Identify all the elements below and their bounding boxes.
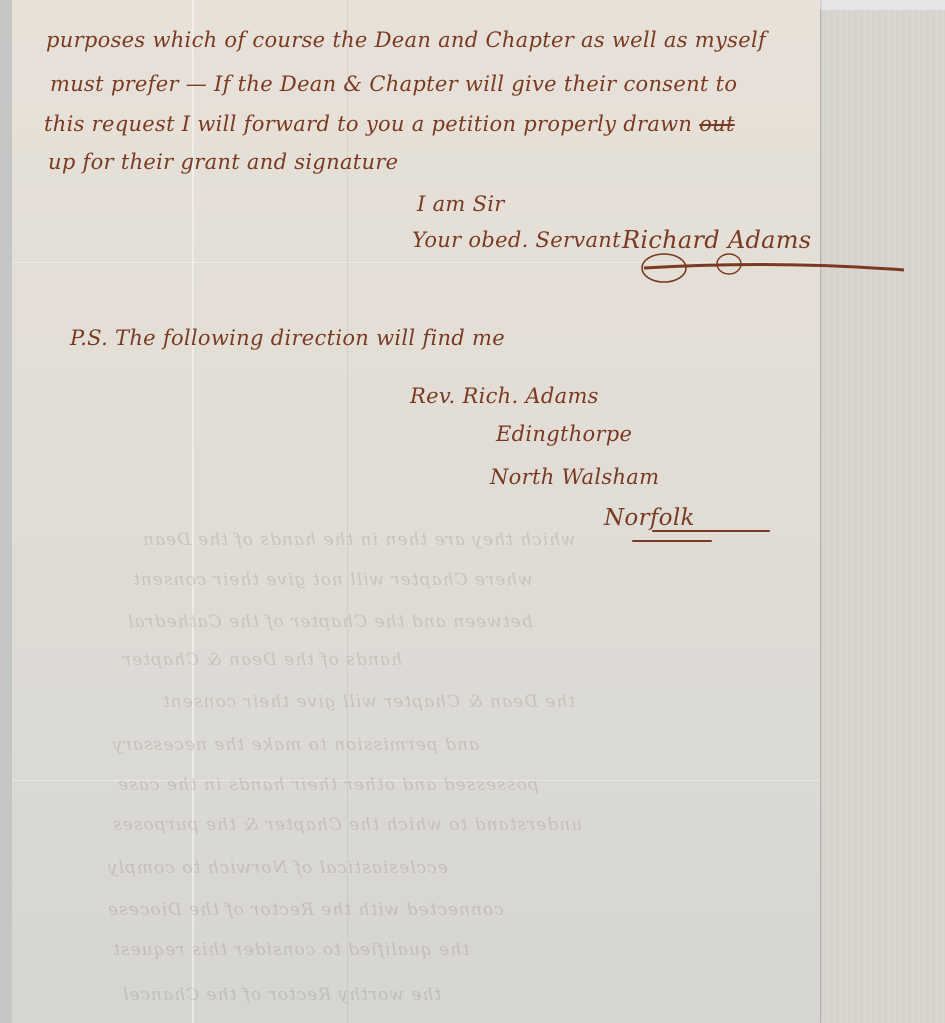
body-line-1: purposes which of course the Dean and Ch…	[46, 28, 766, 52]
address-line-4: Norfolk	[604, 505, 695, 531]
folded-paper-back-panel	[820, 10, 945, 1023]
bleedthrough-line: between and the Chapter of the Cathedral	[127, 612, 533, 632]
bleedthrough-line: which they are then in the hands of the …	[142, 530, 576, 550]
background-top	[820, 0, 945, 10]
closing-line-2: Your obed. Servant	[412, 228, 621, 252]
address-underline	[632, 540, 712, 542]
bleedthrough-line: ecclesiastical of Norwich to comply	[107, 858, 448, 878]
bleedthrough-line: the Dean & Chapter will give their conse…	[162, 692, 575, 712]
document-photo: which they are then in the hands of the …	[0, 0, 945, 1023]
letter-sheet: which they are then in the hands of the …	[12, 0, 820, 1023]
postscript: P.S. The following direction will find m…	[70, 326, 505, 350]
body-line-3: this request I will forward to you a pet…	[44, 112, 735, 136]
bleedthrough-line: possessed and other their hands in the c…	[117, 775, 539, 795]
body-line-4: up for their grant and signature	[48, 150, 398, 174]
address-underline	[652, 530, 770, 532]
address-line-1: Rev. Rich. Adams	[410, 384, 599, 408]
bleedthrough-line: the qualified to consider this request	[112, 940, 469, 960]
address-line-2: Edingthorpe	[496, 422, 632, 446]
body-line-3-text: this request I will forward to you a pet…	[44, 112, 692, 136]
body-line-2: must prefer — If the Dean & Chapter will…	[50, 72, 737, 96]
bleedthrough-line: hands of the Dean & Chapter	[122, 650, 402, 670]
bleedthrough-line: the worthy Rector of the Chancel	[122, 985, 441, 1005]
bleedthrough-line: and permission to make the necessary	[112, 735, 479, 755]
bleedthrough-line: connected with the Rector of the Diocese	[107, 900, 504, 920]
closing-line-1: I am Sir	[417, 192, 505, 216]
bleedthrough-line: where Chapter will not give their consen…	[132, 570, 533, 590]
signature-flourish-icon	[624, 246, 924, 286]
bleedthrough-line: understand to which the Chapter & the pu…	[112, 815, 582, 835]
struck-word: out	[699, 112, 735, 136]
address-line-3: North Walsham	[490, 465, 659, 489]
